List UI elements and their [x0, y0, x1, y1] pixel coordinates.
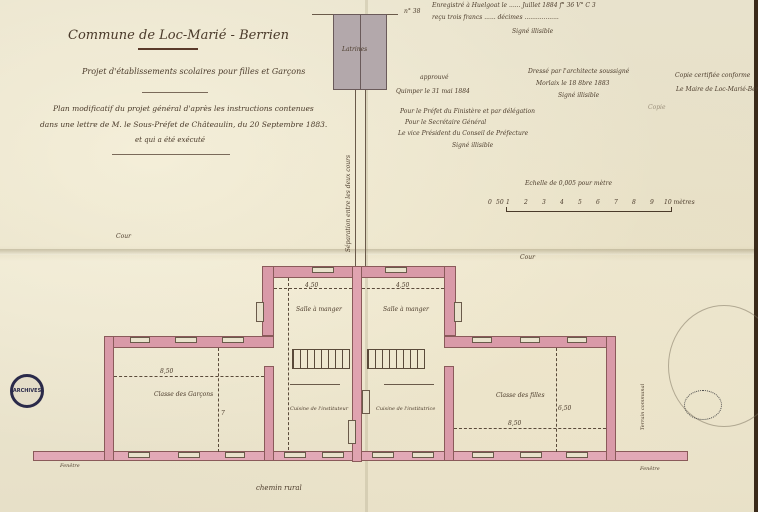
separation-note: Séparation entre les deux cours — [345, 155, 352, 252]
separation-line-a — [355, 90, 356, 266]
cour-right-label: Cour — [520, 254, 535, 261]
faint-copy-note: Copie — [648, 104, 666, 111]
chemin-rural-label: chemin rural — [256, 484, 302, 492]
commune-title: Commune de Loc-Marié - Berrien — [68, 28, 289, 43]
frame-edge — [754, 0, 758, 512]
boys-left-wall — [104, 336, 114, 461]
registration-line-3: Signé illisible — [512, 28, 553, 35]
staircase-left — [292, 349, 350, 369]
girls-right-wall — [606, 336, 616, 461]
project-title: Projet d'établissements scolaires pour f… — [82, 67, 305, 76]
door — [362, 390, 370, 414]
window — [566, 452, 588, 458]
classe-filles-label: Classe des filles — [496, 392, 545, 399]
title-underline — [138, 48, 198, 50]
architect-line-2: Morlaix le 18 8bre 1883 — [536, 80, 610, 87]
approval-line-4: Pour le Secrétaire Général — [405, 119, 486, 126]
cuisine-right-label: Cuisine de l'institutrice — [376, 406, 435, 412]
approval-line-5: Le vice Président du Conseil de Préfectu… — [398, 130, 528, 137]
approval-line-6: Signé illisible — [452, 142, 493, 149]
window — [175, 337, 197, 343]
approval-line-3: Pour le Préfet du Finistère et par délég… — [400, 108, 535, 115]
window — [372, 452, 394, 458]
window — [222, 337, 244, 343]
registration-line-2: reçu trois francs ...... décimes .......… — [432, 14, 559, 21]
separation-line-b — [365, 90, 366, 266]
salle-left-label: Salle à manger — [296, 306, 342, 313]
girls-left-wall — [444, 366, 454, 461]
classe-garcons-label: Classe des Garçons — [154, 391, 213, 398]
classe-garcons-depth: 7 — [221, 410, 225, 417]
window — [225, 452, 245, 458]
window — [322, 452, 344, 458]
classe-filles-depth: 6,50 — [558, 405, 571, 412]
subtitle-underline — [112, 154, 230, 155]
dimension-line — [288, 278, 289, 450]
window — [412, 452, 434, 458]
window — [472, 452, 494, 458]
archive-stamp: ARCHIVES — [10, 374, 44, 408]
boys-right-wall — [264, 366, 274, 461]
window — [472, 337, 492, 343]
stair-landing-right — [384, 384, 434, 385]
center-right-upper-wall — [444, 266, 456, 336]
dimension-line — [218, 348, 219, 452]
right-side-note: Terrain communal — [640, 384, 646, 430]
subtitle-line-2: dans une lettre de M. le Sous-Préfet de … — [40, 120, 327, 129]
window — [128, 452, 150, 458]
registration-line-1: Enregistré à Huelgoat le ...... Juillet … — [432, 2, 596, 9]
copy-line-2: Le Maire de Loc-Marié-Berrien — [676, 86, 758, 93]
salle-right-dimension: 4,50 — [396, 282, 409, 289]
subtitle-line-1: Plan modificatif du projet général d'apr… — [53, 104, 314, 113]
dimension-line — [454, 428, 606, 429]
door — [256, 302, 264, 322]
window — [178, 452, 200, 458]
copy-line-1: Copie certifiée conforme — [675, 72, 750, 79]
door — [348, 420, 356, 444]
plan-sheet: Commune de Loc-Marié - Berrien Projet d'… — [0, 0, 758, 512]
project-underline — [142, 92, 208, 93]
latrine-label: Latrines — [342, 46, 367, 53]
scale-bar: 0 50 1 2 3 4 5 6 7 8 9 10 mètres — [488, 199, 670, 213]
dimension-line — [114, 376, 264, 377]
subtitle-line-3: et qui a été exécuté — [135, 136, 205, 144]
door — [454, 302, 462, 322]
window — [312, 267, 334, 273]
window — [520, 337, 540, 343]
dotted-stamp — [684, 390, 722, 420]
bottom-left-note: Fenêtre — [60, 463, 80, 469]
latrine-note: n° 38 — [404, 8, 420, 15]
scale-label: Echelle de 0,005 pour mètre — [525, 180, 612, 187]
architect-line-3: Signé illisible — [558, 92, 599, 99]
fold-line-horizontal — [0, 249, 758, 255]
salle-left-dimension: 4,50 — [305, 282, 318, 289]
classe-garcons-dimension: 8,50 — [160, 368, 173, 375]
salle-right-label: Salle à manger — [383, 306, 429, 313]
window — [520, 452, 542, 458]
window — [284, 452, 306, 458]
approval-line-2: Quimper le 31 mai 1884 — [396, 88, 470, 95]
classe-filles-dimension: 8,50 — [508, 420, 521, 427]
architect-line-1: Dressé par l'architecte soussigné — [528, 68, 629, 75]
center-left-upper-wall — [262, 266, 274, 336]
dimension-line — [556, 348, 557, 452]
staircase-right — [367, 349, 425, 369]
cour-left-label: Cour — [116, 233, 131, 240]
stair-landing-left — [290, 384, 340, 385]
window — [385, 267, 407, 273]
approval-line-1: approuvé — [420, 74, 449, 81]
window — [567, 337, 587, 343]
window — [130, 337, 150, 343]
bottom-right-note: Fenêtre — [640, 466, 660, 472]
cuisine-left-label: Cuisine de l'instituteur — [290, 406, 348, 412]
